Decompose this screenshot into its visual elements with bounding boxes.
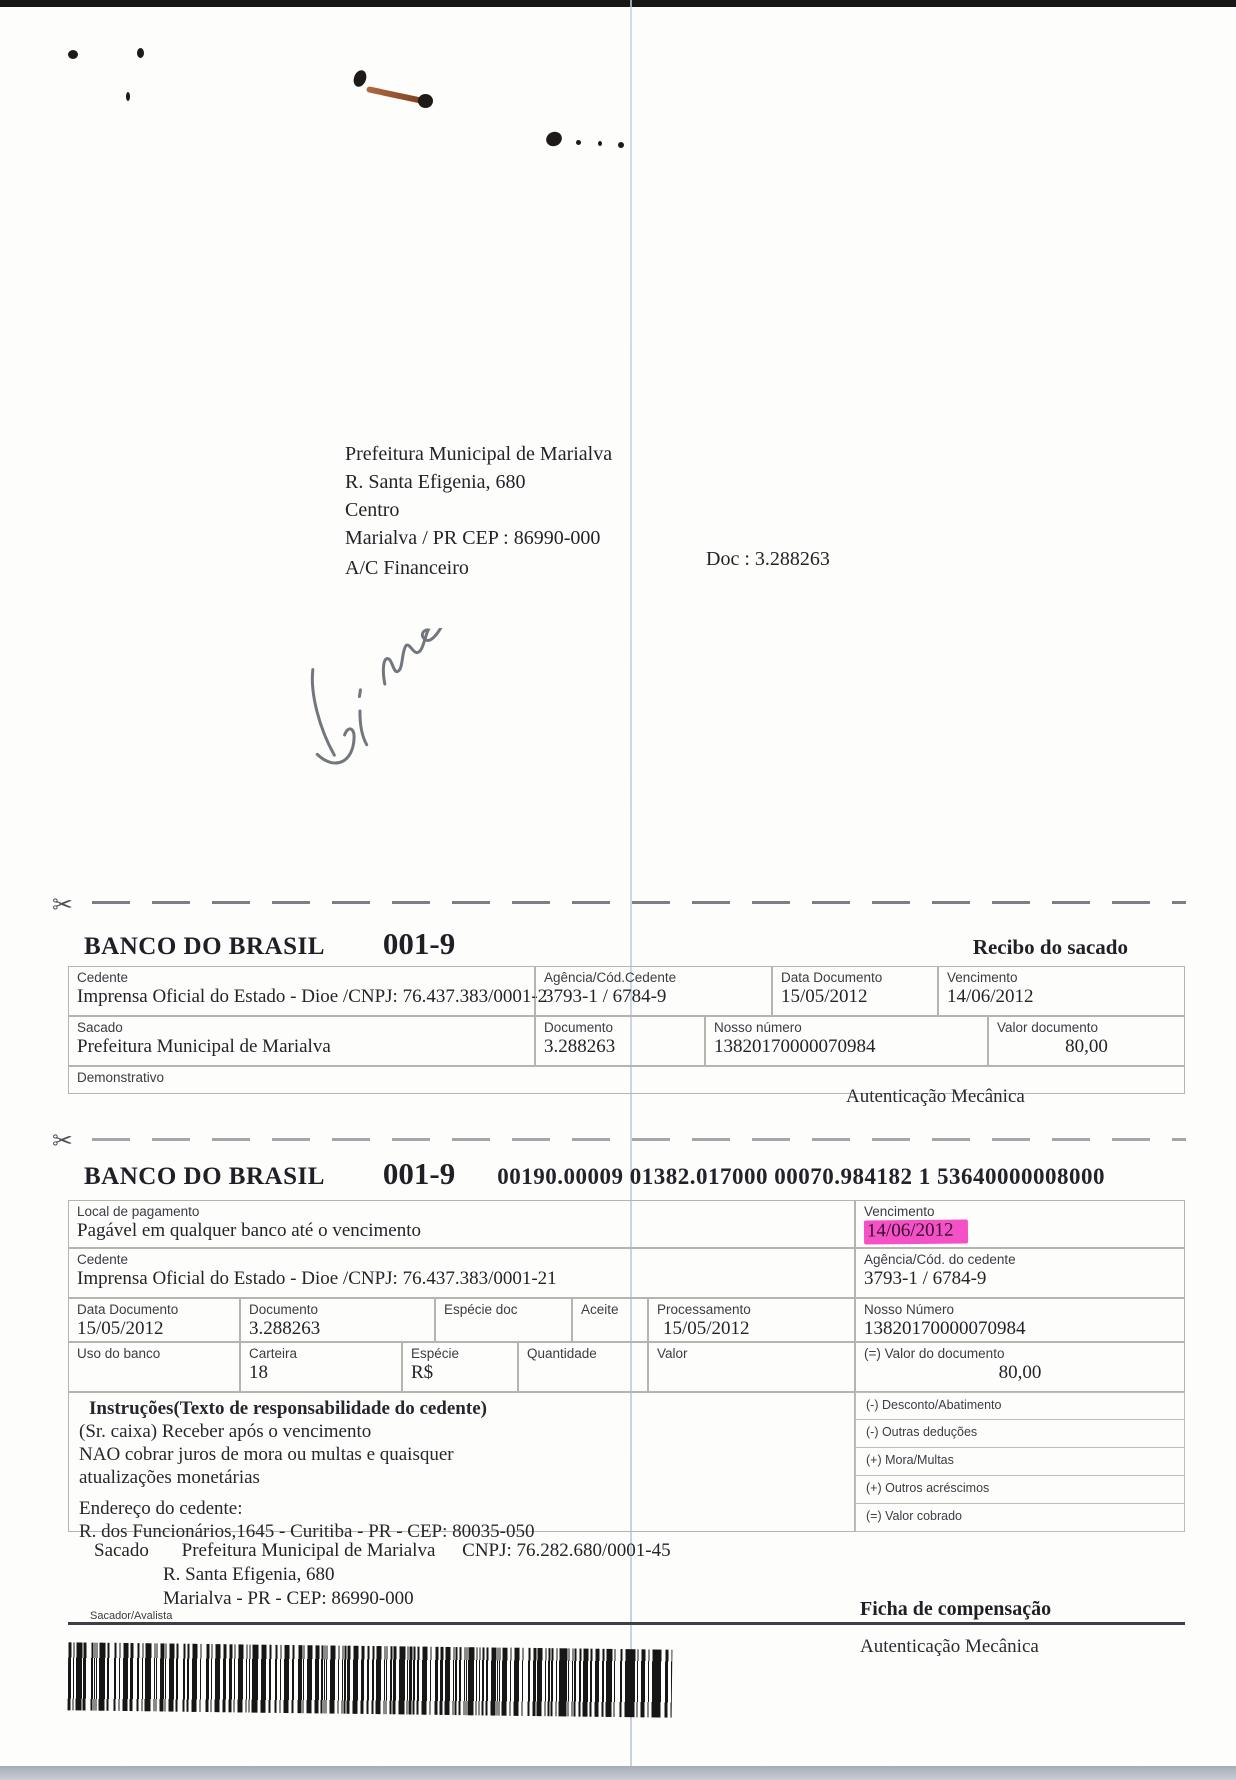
valor-cobrado-label: (=) Valor cobrado xyxy=(866,1508,1174,1524)
ink-mark xyxy=(126,92,130,101)
uso-banco-label: Uso do banco xyxy=(77,1346,231,1362)
ficha-sacado-addr2: Marialva - PR - CEP: 86990-000 xyxy=(163,1588,414,1610)
processamento-cell: Processamento 15/05/2012 xyxy=(648,1298,855,1342)
ink-mark xyxy=(68,50,78,59)
barcode xyxy=(68,1642,673,1717)
scan-top-edge xyxy=(0,0,1236,7)
valor-documento-cell: (=) Valor do documento 80,00 xyxy=(855,1342,1185,1392)
outras-deducoes-label: (-) Outras deduções xyxy=(866,1424,1174,1440)
cut-line xyxy=(92,901,1186,904)
ficha-sacado-label: Sacado xyxy=(94,1540,149,1561)
valor-documento-value: 80,00 xyxy=(997,1036,1176,1058)
processamento-label: Processamento xyxy=(657,1302,846,1318)
especie-doc-label: Espécie doc xyxy=(444,1302,563,1318)
desconto-abatimento-label: (-) Desconto/Abatimento xyxy=(866,1397,1174,1413)
documento-label: Documento xyxy=(544,1020,696,1036)
especie-doc-cell: Espécie doc xyxy=(435,1298,572,1342)
valor-documento-label: (=) Valor do documento xyxy=(864,1346,1176,1362)
cedente-cell: Cedente Imprensa Oficial do Estado - Dio… xyxy=(68,1248,855,1298)
mora-multas-label: (+) Mora/Multas xyxy=(866,1452,1174,1468)
quantidade-cell: Quantidade xyxy=(518,1342,648,1392)
valor-documento-label: Valor documento xyxy=(997,1020,1176,1036)
local-pagamento-value: Pagável em qualquer banco até o vencimen… xyxy=(77,1220,846,1242)
vencimento-cell: Vencimento 14/06/2012 xyxy=(855,1200,1185,1248)
documento-label: Documento xyxy=(249,1302,426,1318)
recipient-line: Prefeitura Municipal de Marialva xyxy=(345,440,612,468)
local-pagamento-cell: Local de pagamento Pagável em qualquer b… xyxy=(68,1200,855,1248)
vencimento-label: Vencimento xyxy=(864,1204,1176,1220)
nosso-numero-cell: Nosso número 13820170000070984 xyxy=(705,1016,988,1066)
ficha-header: BANCO DO BRASIL 001-9 00190.00009 01382.… xyxy=(84,1156,1170,1192)
outros-acrescimos-field: (+) Outros acréscimos xyxy=(855,1476,1185,1504)
data-documento-label: Data Documento xyxy=(77,1302,231,1318)
recipient-line: Centro xyxy=(345,496,612,524)
documento-cell: Documento 3.288263 xyxy=(240,1298,435,1342)
bank-name: BANCO DO BRASIL xyxy=(84,1163,325,1191)
agencia-label: Agência/Cód.Cedente xyxy=(544,970,763,986)
valor-documento-cell: Valor documento 80,00 xyxy=(988,1016,1185,1066)
ink-mark xyxy=(544,129,564,148)
outras-deducoes-field: (-) Outras deduções xyxy=(855,1420,1185,1448)
nosso-numero-cell: Nosso Número 13820170000070984 xyxy=(855,1298,1185,1342)
agencia-value: 3793-1 / 6784-9 xyxy=(544,986,763,1008)
outros-acrescimos-label: (+) Outros acréscimos xyxy=(866,1480,1174,1496)
processamento-value: 15/05/2012 xyxy=(657,1318,846,1340)
data-documento-cell: Data Documento 15/05/2012 xyxy=(772,966,938,1016)
agencia-cedente-value: 3793-1 / 6784-9 xyxy=(864,1268,1176,1290)
uso-banco-cell: Uso do banco xyxy=(68,1342,240,1392)
instrucao-line: (Sr. caixa) Receber após o vencimento xyxy=(79,1420,846,1443)
valor-cell: Valor xyxy=(648,1342,855,1392)
ink-mark xyxy=(598,141,602,146)
quantidade-label: Quantidade xyxy=(527,1346,639,1362)
carteira-label: Carteira xyxy=(249,1346,393,1362)
autenticacao-mecanica: Autenticação Mecânica xyxy=(846,1086,1025,1108)
agencia-cedente-label: Agência/Cód. do cedente xyxy=(864,1252,1176,1268)
nosso-numero-value: 13820170000070984 xyxy=(714,1036,979,1058)
especie-value: R$ xyxy=(411,1362,509,1384)
data-documento-value: 15/05/2012 xyxy=(77,1318,231,1340)
cedente-label: Cedente xyxy=(77,970,526,986)
data-documento-value: 15/05/2012 xyxy=(781,986,929,1008)
data-documento-cell: Data Documento 15/05/2012 xyxy=(68,1298,240,1342)
endereco-cedente-label: Endereço do cedente: xyxy=(79,1497,846,1520)
documento-value: 3.288263 xyxy=(249,1318,426,1340)
doc-ref: Doc : 3.288263 xyxy=(706,548,830,571)
instrucao-line: NAO cobrar juros de mora ou multas e qua… xyxy=(79,1443,846,1466)
bank-code: 001-9 xyxy=(383,926,455,962)
agencia-cell: Agência/Cód.Cedente 3793-1 / 6784-9 xyxy=(535,966,772,1016)
sacado-label: Sacado xyxy=(77,1020,526,1036)
sacado-cell: Sacado Prefeitura Municipal de Marialva xyxy=(68,1016,535,1066)
cedente-value: Imprensa Oficial do Estado - Dioe /CNPJ:… xyxy=(77,1268,846,1290)
ink-mark xyxy=(351,68,368,88)
ink-mark xyxy=(618,142,624,148)
instrucoes-cell: Instruções(Texto de responsabilidade do … xyxy=(68,1392,855,1532)
ficha-sacado-addr1: R. Santa Efigenia, 680 xyxy=(163,1564,335,1586)
scan-bottom-edge xyxy=(0,1766,1236,1780)
carteira-cell: Carteira 18 xyxy=(240,1342,402,1392)
nosso-numero-label: Nosso número xyxy=(714,1020,979,1036)
vencimento-value-highlighted: 14/06/2012 xyxy=(864,1219,968,1244)
ficha-sacado-cnpj: CNPJ: 76.282.680/0001-45 xyxy=(462,1540,671,1561)
recipient-line: A/C Financeiro xyxy=(345,554,612,582)
ink-mark xyxy=(137,48,144,58)
ink-mark xyxy=(576,140,581,145)
handwritten-note xyxy=(278,628,528,798)
cedente-cell: Cedente Imprensa Oficial do Estado - Dio… xyxy=(68,966,535,1016)
desconto-abatimento-field: (-) Desconto/Abatimento xyxy=(855,1392,1185,1420)
cut-line xyxy=(92,1138,1186,1141)
instrucao-line: atualizações monetárias xyxy=(79,1466,846,1489)
receipt-header: BANCO DO BRASIL 001-9 Recibo do sacado xyxy=(84,926,1128,962)
ficha-sacado-line: Sacado Prefeitura Municipal de Marialva … xyxy=(94,1540,671,1562)
nosso-numero-label: Nosso Número xyxy=(864,1302,1176,1318)
local-pagamento-label: Local de pagamento xyxy=(77,1204,846,1220)
bank-code: 001-9 xyxy=(383,1156,455,1192)
vencimento-cell: Vencimento 14/06/2012 xyxy=(938,966,1185,1016)
data-documento-label: Data Documento xyxy=(781,970,929,986)
sacado-value: Prefeitura Municipal de Marialva xyxy=(77,1036,526,1058)
bank-name: BANCO DO BRASIL xyxy=(84,933,325,961)
vencimento-label: Vencimento xyxy=(947,970,1176,986)
valor-label: Valor xyxy=(657,1346,846,1362)
rust-smear xyxy=(366,86,424,104)
documento-cell: Documento 3.288263 xyxy=(535,1016,705,1066)
mora-multas-field: (+) Mora/Multas xyxy=(855,1448,1185,1476)
carteira-value: 18 xyxy=(249,1362,393,1384)
instrucoes-title: Instruções(Texto de responsabilidade do … xyxy=(89,1397,846,1420)
especie-label: Espécie xyxy=(411,1346,509,1362)
demonstrativo-label: Demonstrativo xyxy=(77,1070,1176,1086)
digitable-line: 00190.00009 01382.017000 00070.984182 1 … xyxy=(497,1164,1105,1190)
valor-documento-value: 80,00 xyxy=(864,1362,1176,1384)
recipient-line: R. Santa Efigenia, 680 xyxy=(345,468,612,496)
cedente-value: Imprensa Oficial do Estado - Dioe /CNPJ:… xyxy=(77,986,526,1008)
scanned-boleto-page: Prefeitura Municipal de Marialva R. Sant… xyxy=(0,0,1236,1780)
documento-value: 3.288263 xyxy=(544,1036,696,1058)
scissors-icon: ✂ xyxy=(52,1128,73,1153)
ficha-compensacao-label: Ficha de compensação xyxy=(860,1598,1051,1621)
ficha-sacado-name: Prefeitura Municipal de Marialva xyxy=(182,1540,436,1561)
sacador-avalista-label: Sacador/Avalista xyxy=(90,1610,172,1622)
aceite-label: Aceite xyxy=(581,1302,639,1318)
scissors-icon: ✂ xyxy=(52,892,73,917)
valor-cobrado-field: (=) Valor cobrado xyxy=(855,1504,1185,1532)
vencimento-value: 14/06/2012 xyxy=(947,986,1176,1008)
ink-mark xyxy=(418,94,433,108)
nosso-numero-value: 13820170000070984 xyxy=(864,1318,1176,1340)
especie-cell: Espécie R$ xyxy=(402,1342,518,1392)
aceite-cell: Aceite xyxy=(572,1298,648,1342)
cedente-label: Cedente xyxy=(77,1252,846,1268)
agencia-cedente-cell: Agência/Cód. do cedente 3793-1 / 6784-9 xyxy=(855,1248,1185,1298)
receipt-title: Recibo do sacado xyxy=(973,935,1128,960)
recipient-line: Marialva / PR CEP : 86990-000 xyxy=(345,524,612,552)
footer-rule xyxy=(68,1622,1185,1625)
autenticacao-mecanica: Autenticação Mecânica xyxy=(860,1636,1039,1658)
recipient-address-block: Prefeitura Municipal de Marialva R. Sant… xyxy=(345,440,612,582)
